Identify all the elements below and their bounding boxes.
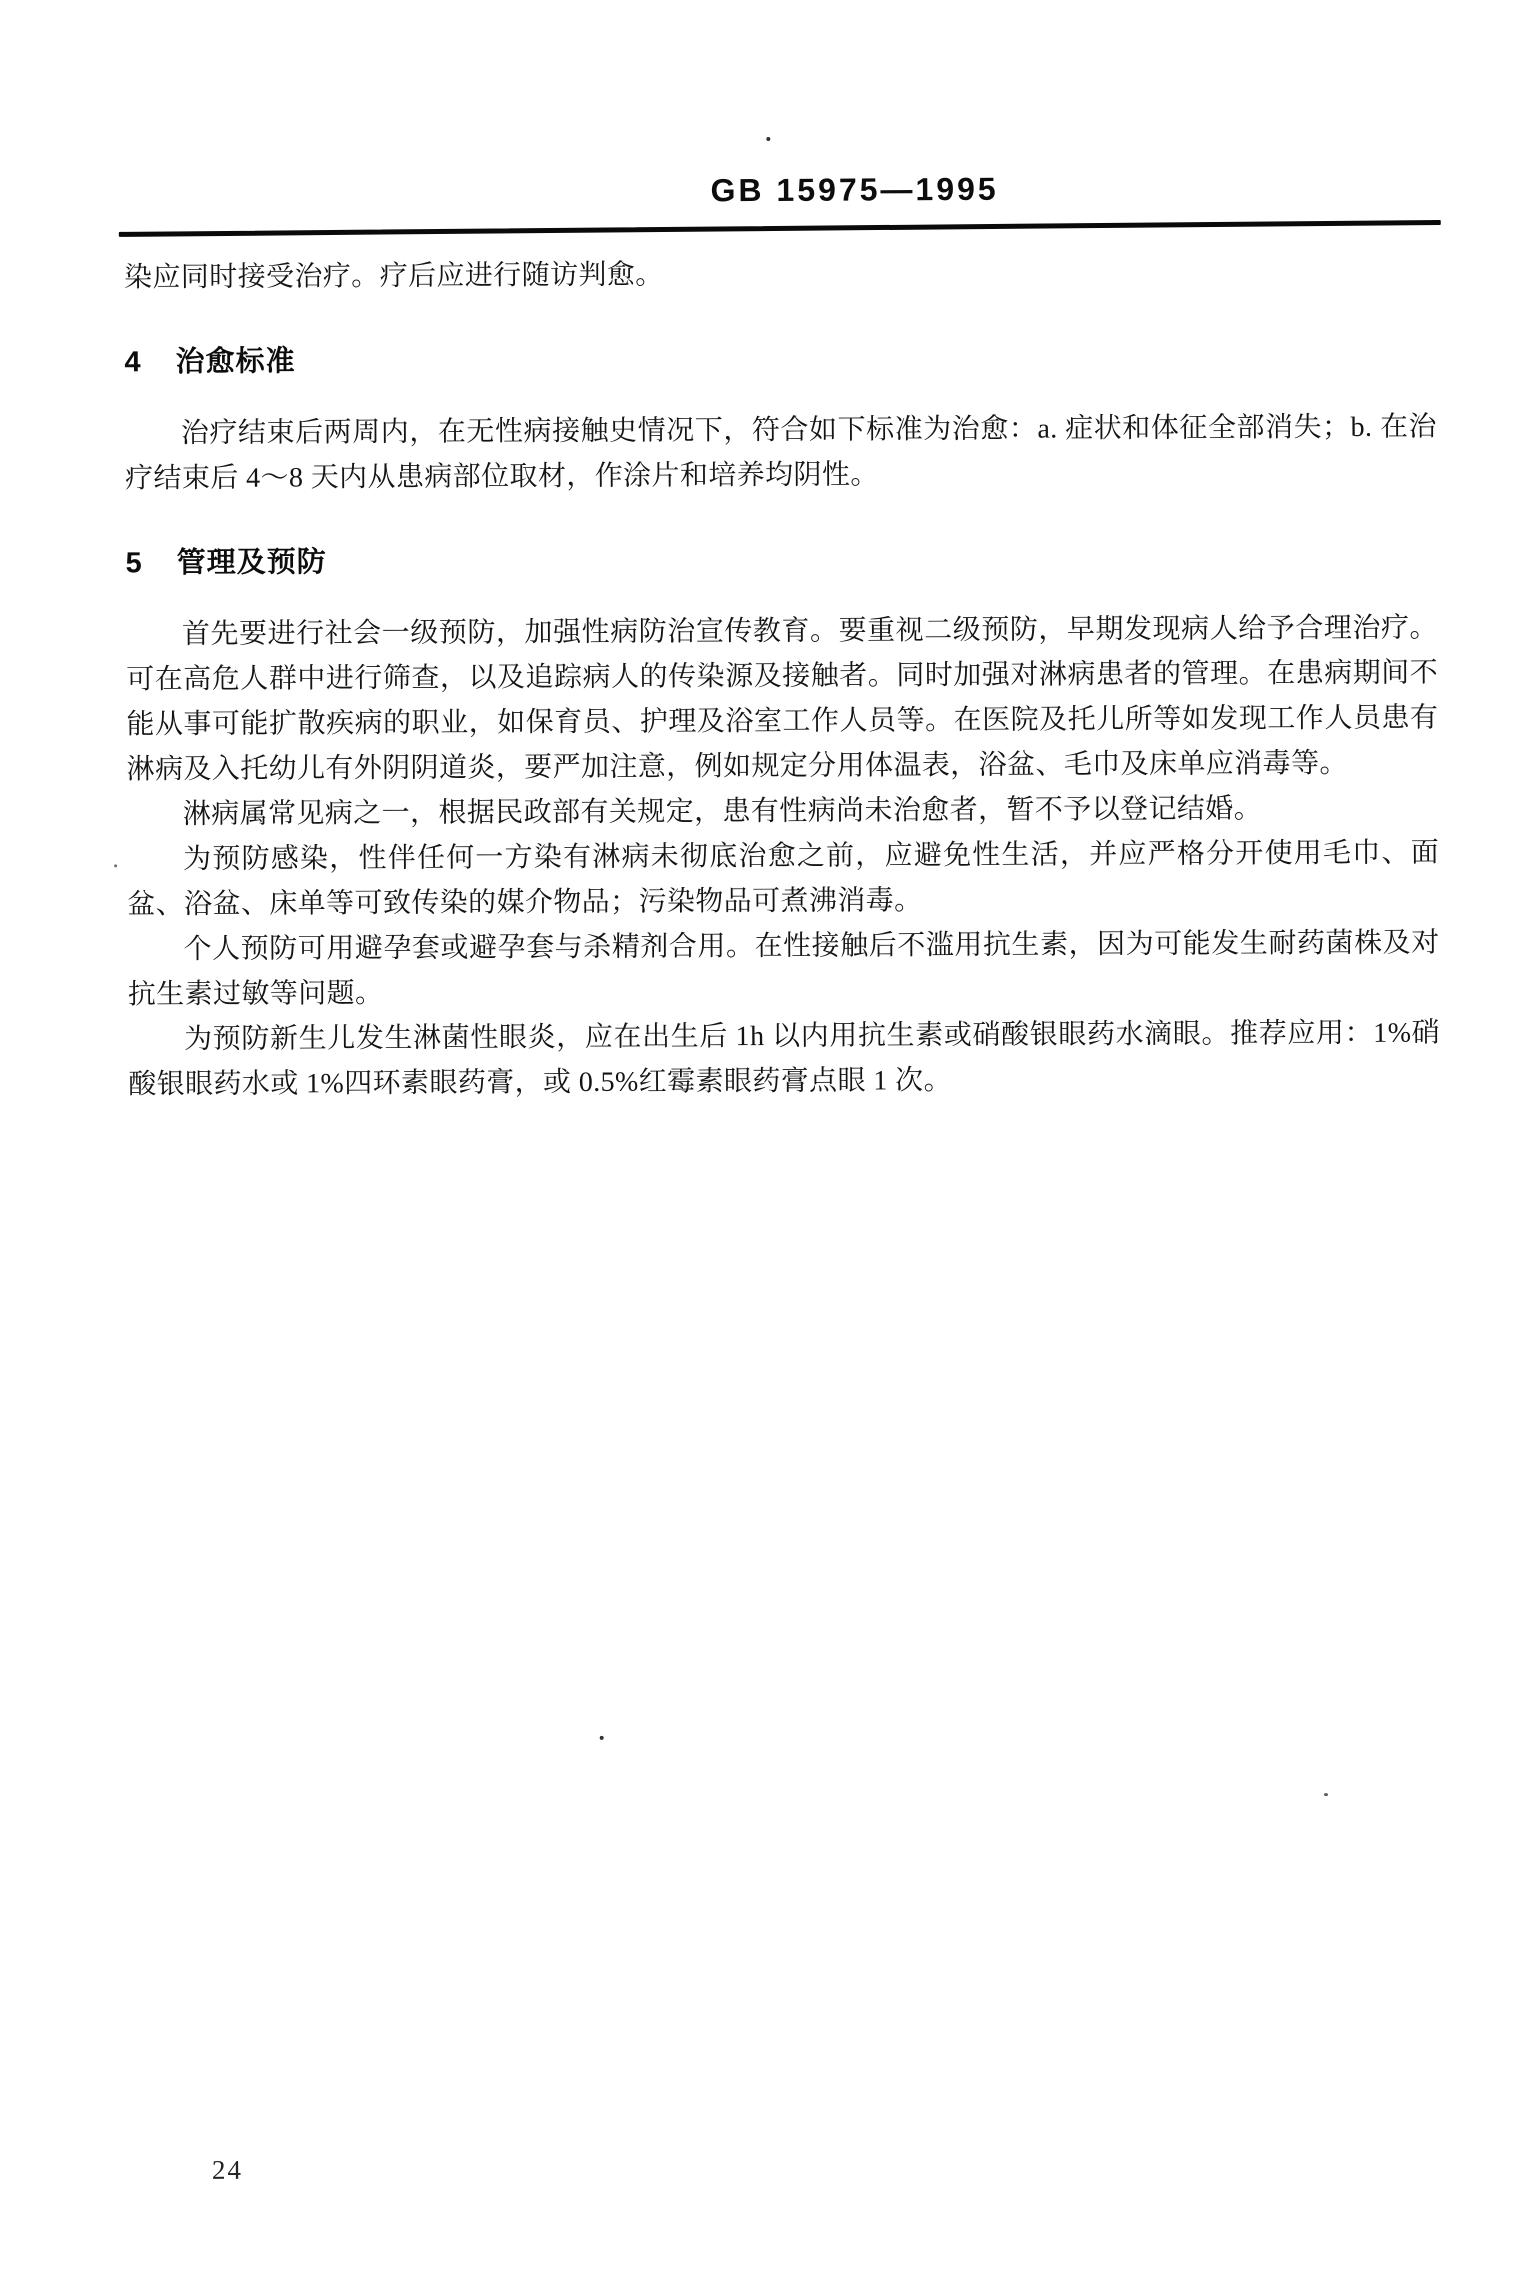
- section-5-heading: 5管理及预防: [125, 494, 1438, 612]
- scan-speck: [1324, 1793, 1328, 1796]
- section-5-paragraph-4: 个人预防可用避孕套或避孕套与杀精剂合用。在性接触后不滥用抗生素，因为可能发生耐药…: [127, 920, 1439, 1017]
- continuation-paragraph: 染应同时接受治疗。疗后应进行随访判愈。: [124, 248, 1436, 300]
- section-4-title: 治愈标准: [176, 345, 296, 378]
- section-5-paragraph-2: 淋病属常见病之一，根据民政部有关规定，患有性病尚未治愈者，暂不予以登记结婚。: [127, 785, 1439, 837]
- scan-speck: [766, 137, 770, 141]
- page-number: 24: [212, 2155, 243, 2186]
- header-divider-rule: [119, 220, 1441, 237]
- section-4-heading: 4治愈标准: [124, 293, 1437, 411]
- document-body: 染应同时接受治疗。疗后应进行随访判愈。 4治愈标准 治疗结束后两周内，在无性病接…: [124, 248, 1440, 1107]
- section-5-paragraph-3: 为预防感染，性伴任何一方染有淋病未彻底治愈之前，应避免性生活，并应严格分开使用毛…: [127, 830, 1439, 927]
- scan-speck: [114, 864, 117, 867]
- section-5-paragraph-5: 为预防新生儿发生淋菌性眼炎，应在出生后 1h 以内用抗生素或硝酸银眼药水滴眼。推…: [128, 1010, 1440, 1107]
- section-4-paragraph-1: 治疗结束后两周内，在无性病接触史情况下，符合如下标准为治愈：a. 症状和体征全部…: [125, 404, 1437, 501]
- standard-code-header: GB 15975—1995: [711, 171, 999, 210]
- scanned-document-page: GB 15975—1995 染应同时接受治疗。疗后应进行随访判愈。 4治愈标准 …: [0, 0, 1536, 2285]
- section-5-paragraph-1: 首先要进行社会一级预防，加强性病防治宣传教育。要重视二级预防，早期发现病人给予合…: [126, 605, 1439, 792]
- scan-speck: [600, 1736, 604, 1740]
- section-5-title: 管理及预防: [177, 546, 327, 579]
- section-5-number: 5: [125, 541, 142, 586]
- section-4-number: 4: [124, 340, 141, 385]
